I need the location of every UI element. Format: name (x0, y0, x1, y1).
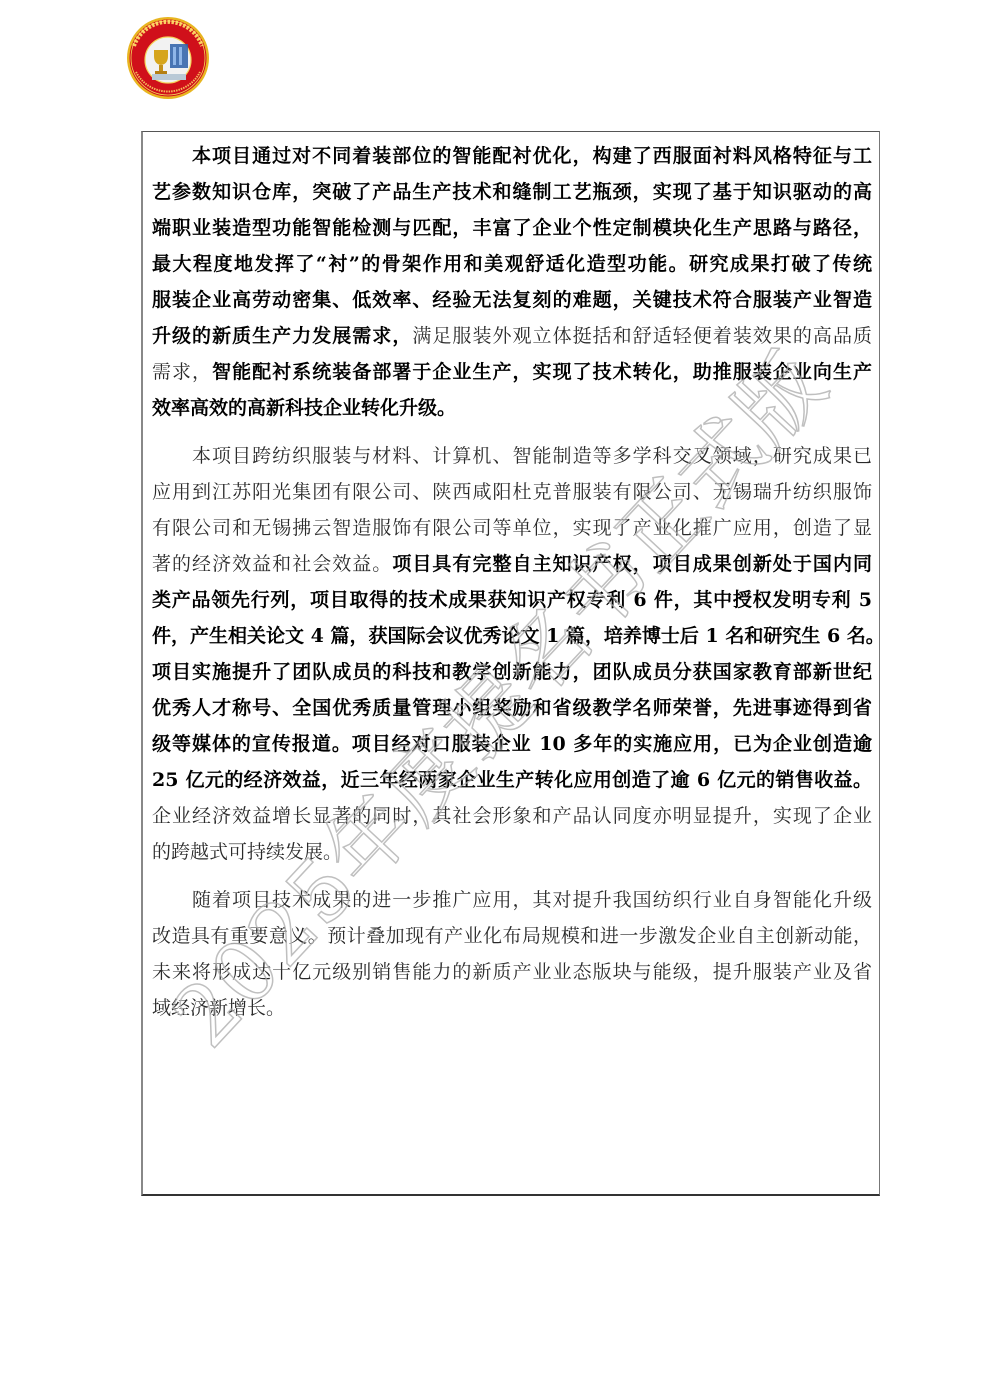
bold-text-run: 升级的新质生产力发展需求， (152, 325, 412, 347)
seal-emblem-icon (126, 16, 210, 100)
text-line: 随着项目技术成果的进一步推广应用，其对提升我国纺织行业自身智能化升级 (152, 882, 872, 918)
text-run: 的跨越式可持续发展。 (152, 841, 342, 863)
text-line: 最大程度地发挥了“衬”的骨架作用和美观舒适化造型功能。研究成果打破了传统 (152, 246, 872, 282)
text-line: 25 亿元的经济效益，近三年经两家企业生产转化应用创造了逾 6 亿元的销售收益。 (152, 762, 872, 798)
bold-text-run: 项目实施提升了团队成员的科技和教学创新能力，团队成员分获国家教育部新世纪 (152, 661, 872, 683)
bold-text-run: 项目具有完整自主知识产权，项目成果创新处于国内同 (392, 553, 872, 575)
bold-text-run: 25 亿元的经济效益，近三年经两家企业生产转化应用创造了逾 6 亿元的销售收益。 (152, 769, 872, 791)
text-line: 本项目跨纺织服装与材料、计算机、智能制造等多学科交叉领域，研究成果已 (152, 438, 872, 474)
bold-text-run: 最大程度地发挥了“衬”的骨架作用和美观舒适化造型功能。研究成果打破了传统 (152, 253, 872, 275)
text-line: 类产品领先行列，项目取得的技术成果获知识产权专利 6 件，其中授权发明专利 5 (152, 582, 872, 618)
text-run: 应用到江苏阳光集团有限公司、陕西咸阳杜克普服装有限公司、无锡瑞升纺织服饰 (152, 481, 872, 503)
text-line: 项目实施提升了团队成员的科技和教学创新能力，团队成员分获国家教育部新世纪 (152, 654, 872, 690)
bold-text-run: 艺参数知识仓库，突破了产品生产技术和缝制工艺瓶颈，实现了基于知识驱动的高 (152, 181, 872, 203)
bold-text-run: 类产品领先行列，项目取得的技术成果获知识产权专利 6 件，其中授权发明专利 5 (152, 589, 872, 611)
bold-text-run: 件，产生相关论文 4 篇，获国际会议优秀论文 1 篇，培养博士后 1 名和研究生… (152, 625, 885, 647)
text-run: 需求， (152, 361, 212, 383)
text-run: 满足服装外观立体挺括和舒适轻便着装效果的高品质 (412, 325, 872, 347)
text-line: 企业经济效益增长显著的同时，其社会形象和产品认同度亦明显提升，实现了企业 (152, 798, 872, 834)
paragraph-2: 本项目跨纺织服装与材料、计算机、智能制造等多学科交叉领域，研究成果已应用到江苏阳… (152, 438, 872, 870)
text-line: 域经济新增长。 (152, 990, 872, 1026)
bold-text-run: 级等媒体的宣传报道。项目经对口服装企业 10 多年的实施应用，已为企业创造逾 (152, 733, 872, 755)
paragraph-1: 本项目通过对不同着装部位的智能配衬优化，构建了西服面衬料风格特征与工艺参数知识仓… (152, 138, 872, 426)
text-run: 著的经济效益和社会效益。 (152, 553, 392, 575)
bold-text-run: 本项目通过对不同着装部位的智能配衬优化，构建了西服面衬料风格特征与工 (192, 145, 872, 167)
text-line: 需求，智能配衬系统装备部署于企业生产，实现了技术转化，助推服装企业向生产 (152, 354, 872, 390)
text-run: 未来将形成达十亿元级别销售能力的新质产业业态版块与能级，提升服装产业及省 (152, 961, 872, 983)
text-line: 本项目通过对不同着装部位的智能配衬优化，构建了西服面衬料风格特征与工 (152, 138, 872, 174)
text-line: 未来将形成达十亿元级别销售能力的新质产业业态版块与能级，提升服装产业及省 (152, 954, 872, 990)
text-line: 升级的新质生产力发展需求，满足服装外观立体挺括和舒适轻便着装效果的高品质 (152, 318, 872, 354)
text-line: 著的经济效益和社会效益。项目具有完整自主知识产权，项目成果创新处于国内同 (152, 546, 872, 582)
text-run: 本项目跨纺织服装与材料、计算机、智能制造等多学科交叉领域，研究成果已 (192, 445, 872, 467)
text-line: 艺参数知识仓库，突破了产品生产技术和缝制工艺瓶颈，实现了基于知识驱动的高 (152, 174, 872, 210)
text-run: 随着项目技术成果的进一步推广应用，其对提升我国纺织行业自身智能化升级 (192, 889, 872, 911)
bold-text-run: 服装企业高劳动密集、低效率、经验无法复刻的难题，关键技术符合服装产业智造 (152, 289, 872, 311)
text-run: 改造具有重要意义。预计叠加现有产业化布局规模和进一步激发企业自主创新动能， (152, 925, 872, 947)
text-line: 端职业装造型功能智能检测与匹配，丰富了企业个性定制模块化生产思路与路径， (152, 210, 872, 246)
text-line: 级等媒体的宣传报道。项目经对口服装企业 10 多年的实施应用，已为企业创造逾 (152, 726, 872, 762)
bold-text-run: 端职业装造型功能智能检测与匹配，丰富了企业个性定制模块化生产思路与路径， (152, 217, 872, 239)
text-run: 有限公司和无锡拂云智造服饰有限公司等单位，实现了产业化推广应用，创造了显 (152, 517, 872, 539)
document-body: 本项目通过对不同着装部位的智能配衬优化，构建了西服面衬料风格特征与工艺参数知识仓… (152, 138, 872, 1026)
organization-seal-logo (126, 16, 210, 100)
text-line: 效率高效的高新科技企业转化升级。 (152, 390, 872, 426)
text-line: 的跨越式可持续发展。 (152, 834, 872, 870)
text-run: 企业经济效益增长显著的同时，其社会形象和产品认同度亦明显提升，实现了企业 (152, 805, 872, 827)
paragraph-3: 随着项目技术成果的进一步推广应用，其对提升我国纺织行业自身智能化升级改造具有重要… (152, 882, 872, 1026)
text-line: 优秀人才称号、全国优秀质量管理小组奖励和省级教学名师荣誉，先进事迹得到省 (152, 690, 872, 726)
bold-text-run: 优秀人才称号、全国优秀质量管理小组奖励和省级教学名师荣誉，先进事迹得到省 (152, 697, 872, 719)
text-line: 件，产生相关论文 4 篇，获国际会议优秀论文 1 篇，培养博士后 1 名和研究生… (152, 618, 872, 654)
text-run: 域经济新增长。 (152, 997, 285, 1019)
text-line: 服装企业高劳动密集、低效率、经验无法复刻的难题，关键技术符合服装产业智造 (152, 282, 872, 318)
text-line: 有限公司和无锡拂云智造服饰有限公司等单位，实现了产业化推广应用，创造了显 (152, 510, 872, 546)
bold-text-run: 智能配衬系统装备部署于企业生产，实现了技术转化，助推服装企业向生产 (212, 361, 872, 383)
text-line: 应用到江苏阳光集团有限公司、陕西咸阳杜克普服装有限公司、无锡瑞升纺织服饰 (152, 474, 872, 510)
text-line: 改造具有重要意义。预计叠加现有产业化布局规模和进一步激发企业自主创新动能， (152, 918, 872, 954)
bold-text-run: 效率高效的高新科技企业转化升级。 (152, 397, 456, 419)
